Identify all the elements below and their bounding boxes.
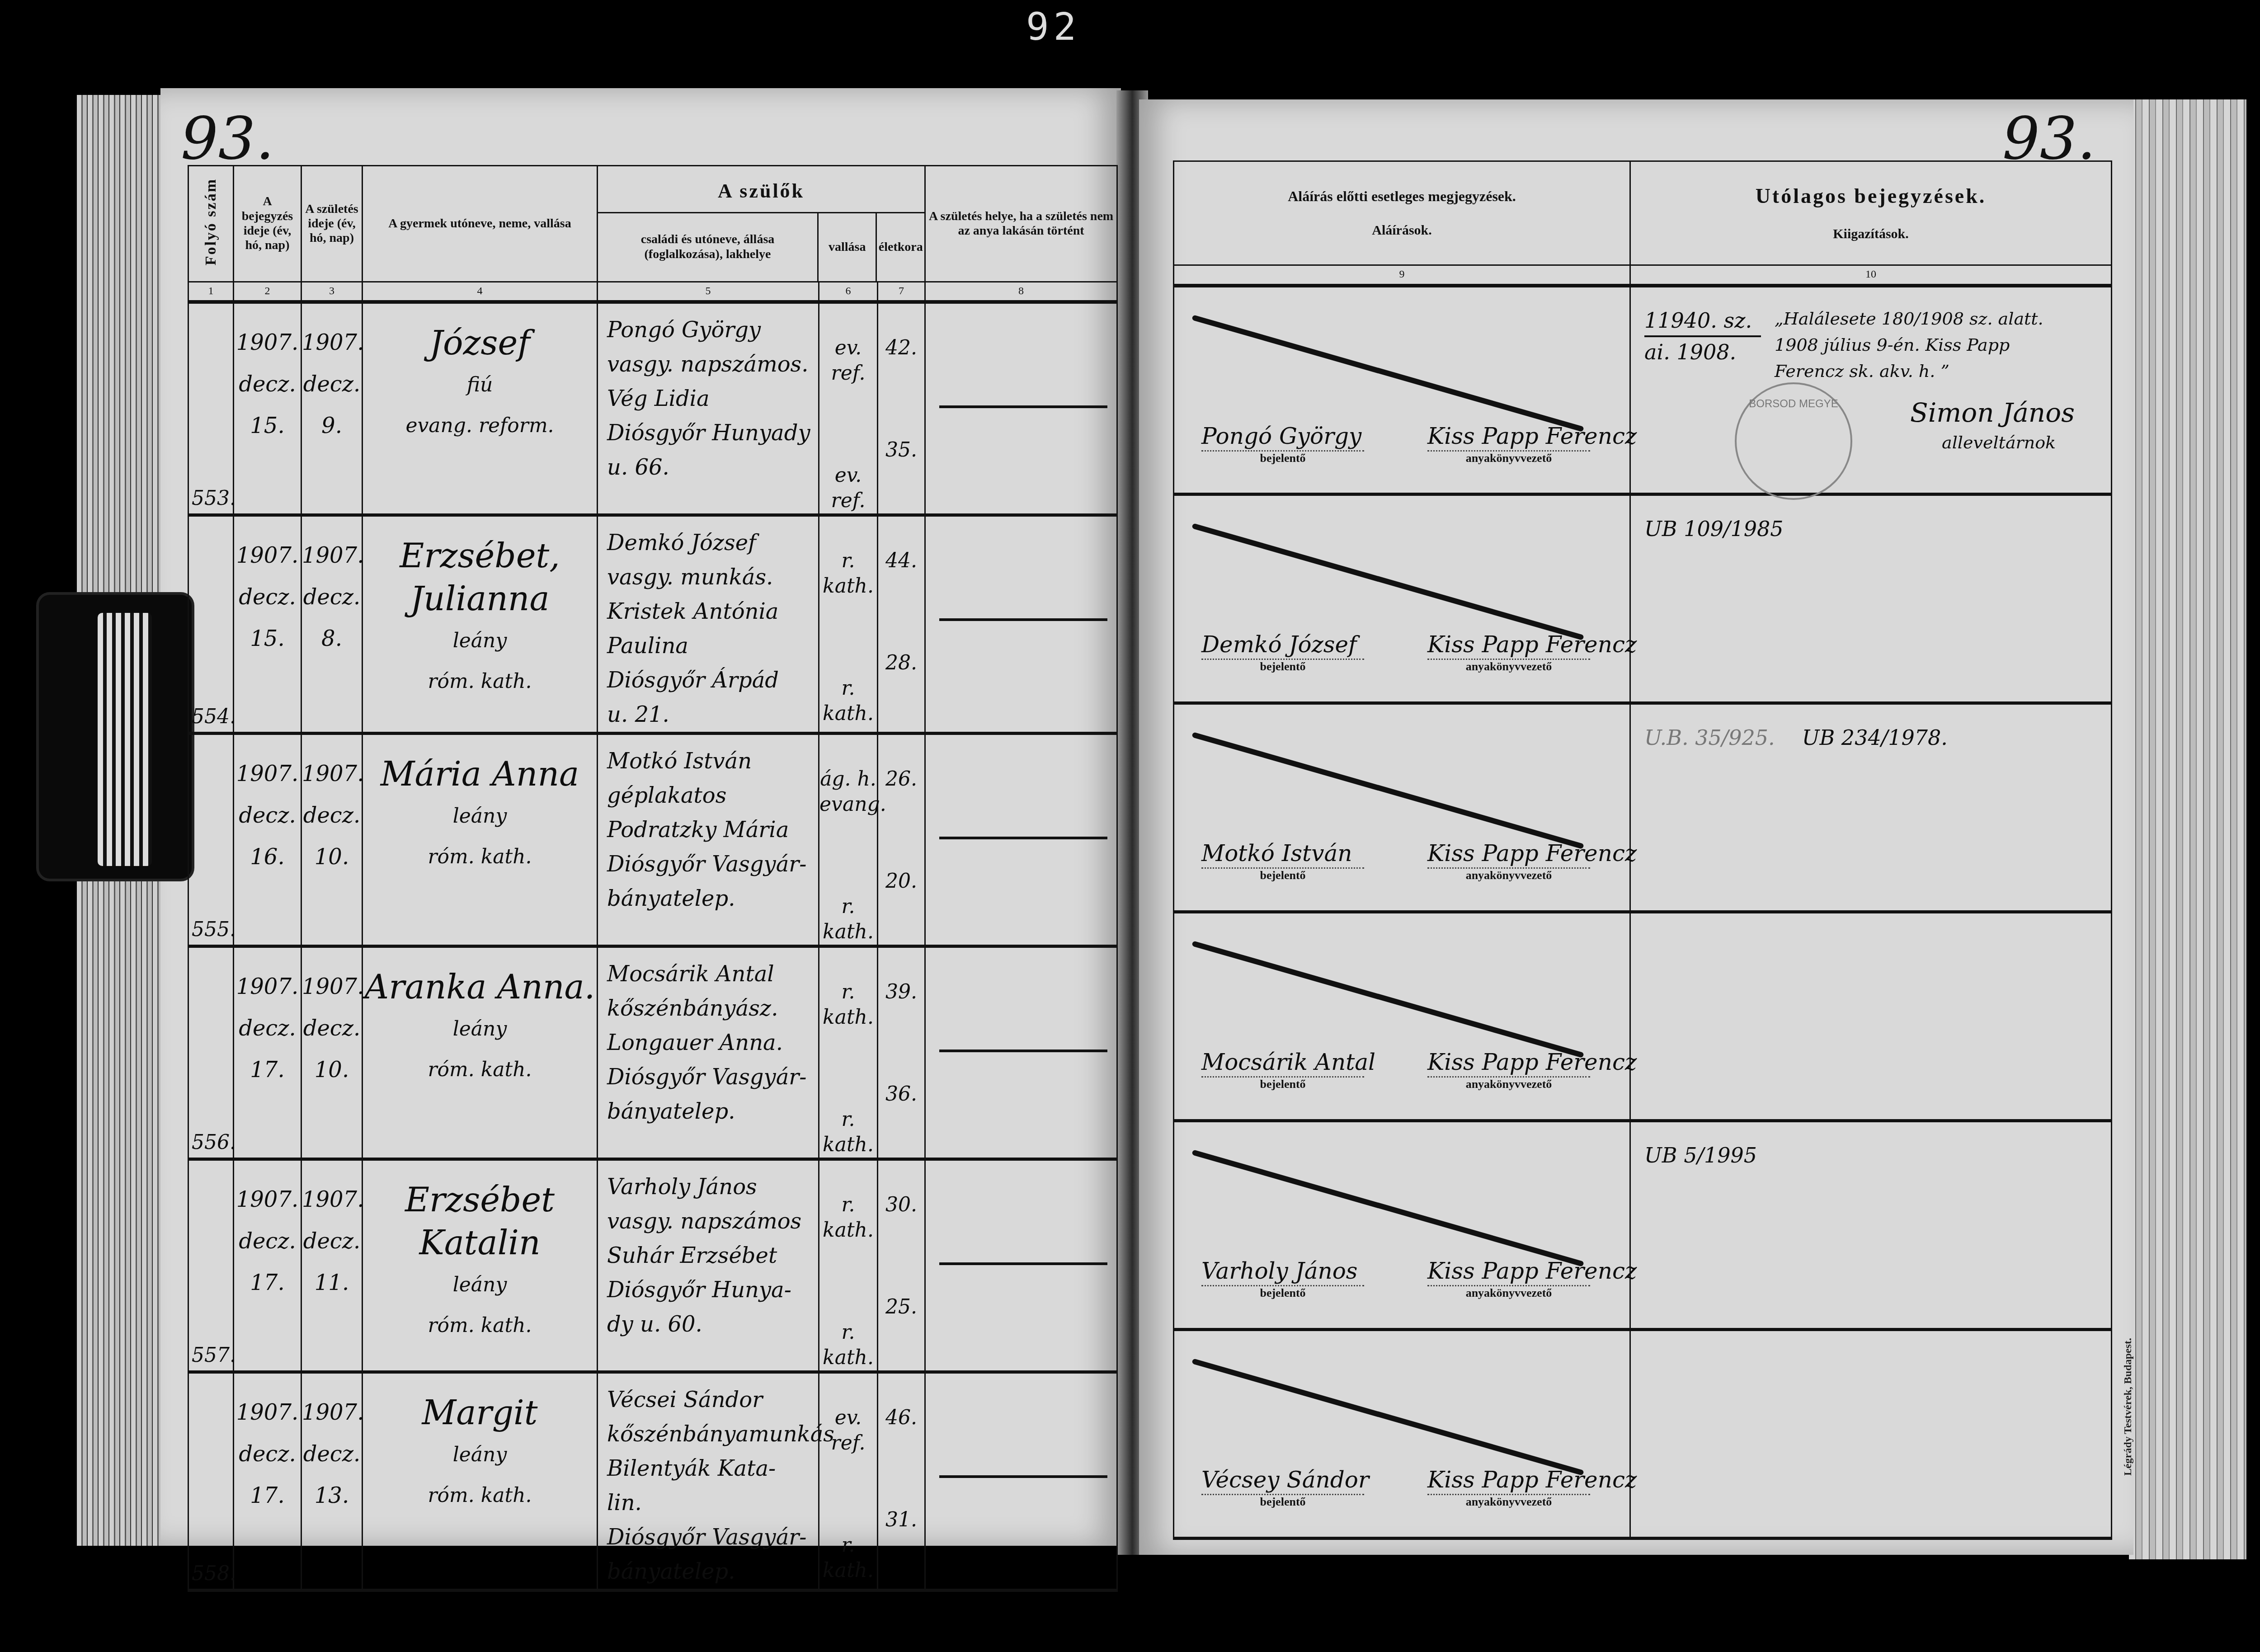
header-signatures: Aláírás előtti esetleges megjegyzések. A…: [1174, 161, 1630, 265]
birth-year: 1907.: [302, 753, 362, 795]
child-religion: evang. reform.: [363, 405, 597, 446]
strike-through-line: [1191, 1149, 1584, 1267]
father-age: 42.: [878, 335, 924, 361]
header-later-entries: Utólagos bejegyzések. Kiigazítások.: [1630, 161, 2112, 265]
informant-signature-block: Pongó György bejelentő: [1201, 423, 1364, 465]
serial-number-cell: 555.: [188, 734, 234, 946]
child-cell: Margit leány róm. kath.: [363, 1372, 598, 1591]
parent-line: vasgy. napszámos: [607, 1204, 814, 1238]
header-parent-name: családi és utóneve, állása (foglalkozása…: [598, 213, 819, 281]
birth-date-cell: 1907. decz. 11.: [301, 1159, 363, 1372]
parent-line: kőszénbányamunkás: [607, 1417, 814, 1451]
signatures-cell: Vécsey Sándor bejelentő Kiss Papp Ferenc…: [1174, 1330, 1630, 1539]
later-entries-cell: [1630, 1330, 2112, 1539]
signatures-cell: Pongó György bejelentő Kiss Papp Ferencz…: [1174, 286, 1630, 494]
mother-religion: r. kath.: [819, 676, 877, 726]
reg-day: 17.: [234, 1475, 301, 1516]
signatures-cell: Motkó István bejelentő Kiss Papp Ferencz…: [1174, 703, 1630, 912]
strike-through-line: [1191, 732, 1584, 849]
informant-signature-block: Motkó István bejelentő: [1201, 840, 1364, 882]
header-parent-religion: vallása: [819, 213, 877, 281]
birth-date-cell: 1907. decz. 10.: [301, 946, 363, 1159]
birth-place-cell: [925, 946, 1117, 1159]
registration-date-cell: 1907. decz. 16.: [234, 734, 301, 946]
parent-line: Demkó József: [607, 526, 814, 560]
parents-cell: Mocsárik Antalkőszénbányász.Longauer Ann…: [598, 946, 819, 1159]
later-entries-cell: U.B. 35/925.UB 234/1978.: [1630, 703, 2112, 912]
registrar-signature-block: Kiss Papp Ferencz anyakönyvvezető: [1427, 840, 1637, 882]
registrar-signature-block: Kiss Papp Ferencz anyakönyvvezető: [1427, 1467, 1637, 1509]
registrar-signature: Kiss Papp Ferencz: [1427, 1258, 1637, 1284]
child-sex: leány: [363, 1265, 597, 1305]
printer-imprint: Légrády Testvérek, Budapest.: [2122, 1338, 2134, 1476]
col-number: 4: [363, 282, 598, 302]
serial-number: 557.: [192, 1344, 236, 1367]
father-age: 39.: [878, 979, 924, 1005]
reg-year: 1907.: [234, 1392, 301, 1433]
parent-line: Vég Lidia: [607, 381, 814, 416]
parent-line: Pongó György: [607, 313, 814, 347]
registrar-signature: Kiss Papp Ferencz: [1427, 1467, 1637, 1493]
registrar-signature: Kiss Papp Ferencz: [1427, 840, 1637, 866]
serial-number: 558.: [192, 1562, 236, 1585]
parents-cell: Motkó IstvángéplakatosPodratzky MáriaDió…: [598, 734, 819, 946]
child-sex: leány: [363, 621, 597, 661]
parent-line: géplakatos: [607, 778, 814, 813]
empty-dash: [939, 618, 1107, 621]
birth-day: 13.: [302, 1475, 362, 1516]
informant-signature: Motkó István: [1201, 840, 1364, 866]
col-number: 5: [598, 282, 819, 302]
serial-number: 556.: [192, 1131, 236, 1154]
birth-month: decz.: [302, 576, 362, 618]
mother-age: 36.: [878, 1082, 924, 1107]
later-entry-note: UB 5/1995: [1644, 1140, 1757, 1170]
birth-place-cell: [925, 1159, 1117, 1372]
parent-line: Diósgyőr Vasgyár-: [607, 1060, 814, 1094]
note-ref-year: ai. 1908.: [1644, 337, 1761, 367]
registrar-signature: Kiss Papp Ferencz: [1427, 631, 1637, 658]
parent-line: Diósgyőr Vasgyár-: [607, 1520, 814, 1554]
col-number: 10: [1630, 265, 2112, 286]
informant-label: bejelentő: [1201, 1286, 1364, 1300]
later-entries-cell: UB 5/1995: [1630, 1121, 2112, 1330]
serial-number-cell: 557.: [188, 1159, 234, 1372]
parent-age-cell: 46. 31.: [878, 1372, 925, 1591]
reg-day: 16.: [234, 836, 301, 878]
register-entry-row: 557. 1907. decz. 17. 1907. decz. 11. Erz…: [188, 1159, 1117, 1372]
informant-signature: Mocsárik Antal: [1201, 1049, 1375, 1075]
birth-month: decz.: [302, 1433, 362, 1475]
child-cell: József fiú evang. reform.: [363, 302, 598, 515]
parent-line: lin.: [607, 1486, 814, 1520]
signatures-cell: Demkó József bejelentő Kiss Papp Ferencz…: [1174, 494, 1630, 703]
birth-place-cell: [925, 302, 1117, 515]
informant-signature-block: Demkó József bejelentő: [1201, 631, 1364, 673]
empty-dash: [939, 1475, 1107, 1478]
parent-religion-cell: r. kath. r. kath.: [819, 1159, 878, 1372]
parent-line: kőszénbányász.: [607, 991, 814, 1026]
parent-line: Vécsei Sándor: [607, 1383, 814, 1417]
child-cell: Erzsébet Katalin leány róm. kath.: [363, 1159, 598, 1372]
parent-age-cell: 39. 36.: [878, 946, 925, 1159]
registrar-label: anyakönyvvezető: [1427, 1078, 1590, 1091]
empty-dash: [939, 405, 1107, 408]
informant-signature-block: Mocsárik Antal bejelentő: [1201, 1049, 1375, 1091]
later-entry-note: UB 109/1985: [1644, 514, 1784, 544]
parent-line: Motkó István: [607, 744, 814, 778]
register-entry-row-right: Demkó József bejelentő Kiss Papp Ferencz…: [1174, 494, 2112, 703]
serial-number: 555.: [192, 918, 236, 941]
parents-cell: Demkó Józsefvasgy. munkás.Kristek Antóni…: [598, 515, 819, 734]
child-name: József: [363, 322, 597, 365]
father-religion: ev. ref.: [819, 335, 877, 386]
parent-line: Paulina: [607, 629, 814, 663]
birth-place-cell: [925, 515, 1117, 734]
registration-date-cell: 1907. decz. 17.: [234, 946, 301, 1159]
registrar-signature-block: Kiss Papp Ferencz anyakönyvvezető: [1427, 631, 1637, 673]
note-line: UB 5/1995: [1644, 1140, 2097, 1170]
father-age: 46.: [878, 1405, 924, 1431]
register-entry-row-right: Mocsárik Antal bejelentő Kiss Papp Feren…: [1174, 912, 2112, 1121]
reg-year: 1907.: [234, 322, 301, 363]
reg-day: 17.: [234, 1262, 301, 1304]
father-age: 30.: [878, 1192, 924, 1218]
later-entries-cell: [1630, 912, 2112, 1121]
birth-year: 1907.: [302, 322, 362, 363]
header-parents-group: A szülők családi és utóneve, állása (fog…: [598, 166, 925, 282]
registrar-label: anyakönyvvezető: [1427, 1495, 1590, 1509]
parent-line: vasgy. napszámos.: [607, 347, 814, 381]
informant-label: bejelentő: [1201, 452, 1364, 465]
registrar-signature-block: Kiss Papp Ferencz anyakönyvvezető: [1427, 1258, 1637, 1300]
reg-month: decz.: [234, 1007, 301, 1049]
birth-register-left-table: Folyó szám A bejegyzés ideje (év, hó, na…: [188, 165, 1118, 1592]
registration-date-cell: 1907. decz. 15.: [234, 515, 301, 734]
strike-through-line: [1191, 523, 1584, 640]
registrar-label: anyakönyvvezető: [1427, 660, 1590, 673]
mother-religion: r. kath.: [819, 1107, 877, 1158]
birth-month: decz.: [302, 795, 362, 836]
register-entry-row-right: Motkó István bejelentő Kiss Papp Ferencz…: [1174, 703, 2112, 912]
serial-number-cell: 556.: [188, 946, 234, 1159]
birth-date-cell: 1907. decz. 8.: [301, 515, 363, 734]
parent-line: Diósgyőr Árpád: [607, 663, 814, 697]
serial-number: 553.: [192, 487, 236, 510]
faint-note: U.B. 35/925.: [1644, 723, 1775, 753]
child-sex: fiú: [363, 365, 597, 405]
parent-line: bányatelep.: [607, 881, 814, 916]
child-cell: Erzsébet, Julianna leány róm. kath.: [363, 515, 598, 734]
child-name: Margit: [363, 1392, 597, 1435]
registrar-signature: Kiss Papp Ferencz: [1427, 1049, 1637, 1075]
reg-day: 17.: [234, 1049, 301, 1091]
parent-age-cell: 42. 35.: [878, 302, 925, 515]
mother-age: 20.: [878, 869, 924, 894]
strike-through-line: [1191, 315, 1584, 432]
birth-year: 1907.: [302, 1179, 362, 1220]
signatures-cell: Varholy János bejelentő Kiss Papp Ferenc…: [1174, 1121, 1630, 1330]
birth-day: 10.: [302, 836, 362, 878]
header-birth-place: A születés helye, ha a születés nem az a…: [925, 166, 1117, 282]
reg-month: decz.: [234, 795, 301, 836]
header-registration-date: A bejegyzés ideje (év, hó, nap): [234, 166, 301, 282]
parent-line: Diósgyőr Vasgyár-: [607, 847, 814, 881]
strike-through-line: [1191, 941, 1584, 1058]
birth-day: 11.: [302, 1262, 362, 1304]
birth-place-cell: [925, 734, 1117, 946]
empty-dash: [939, 837, 1107, 839]
parent-line: Suhár Erzsébet: [607, 1238, 814, 1273]
father-age: 44.: [878, 548, 924, 574]
reg-month: decz.: [234, 1220, 301, 1262]
informant-signature: Varholy János: [1201, 1258, 1364, 1284]
mother-religion: r. kath.: [819, 894, 877, 945]
death-note-block: 11940. sz.ai. 1908.„Halálesete 180/1908 …: [1644, 306, 2097, 457]
serial-number: 554.: [192, 705, 236, 728]
note-line: U.B. 35/925.UB 234/1978.: [1644, 723, 2097, 753]
parent-age-cell: 30. 25.: [878, 1159, 925, 1372]
informant-label: bejelentő: [1201, 1495, 1364, 1509]
archivist-title: alleveltárnok: [1942, 428, 2082, 457]
child-name: Mária Anna: [363, 753, 597, 796]
birth-month: decz.: [302, 363, 362, 405]
birth-month: decz.: [302, 1007, 362, 1049]
empty-dash: [939, 1262, 1107, 1265]
col-number: 7: [878, 282, 925, 302]
note-ref-number: 11940. sz.: [1644, 306, 1761, 337]
reg-month: decz.: [234, 1433, 301, 1475]
parent-line: Podratzky Mária: [607, 813, 814, 847]
informant-label: bejelentő: [1201, 869, 1364, 882]
reg-month: decz.: [234, 576, 301, 618]
col-number: 9: [1174, 265, 1630, 286]
mother-age: 25.: [878, 1294, 924, 1320]
clip-strip: [98, 613, 152, 866]
parents-cell: Vécsei SándorkőszénbányamunkásBilentyák …: [598, 1372, 819, 1591]
register-entry-row-right: Vécsey Sándor bejelentő Kiss Papp Ferenc…: [1174, 1330, 2112, 1539]
microfilm-frame-counter: 92: [1026, 5, 1116, 50]
child-religion: róm. kath.: [363, 1050, 597, 1090]
parent-religion-cell: ev. ref. ev. ref.: [819, 302, 878, 515]
mother-religion: ev. ref.: [819, 463, 877, 513]
col-number: 3: [301, 282, 363, 302]
parent-line: Bilentyák Kata-: [607, 1451, 814, 1486]
father-religion: r. kath.: [819, 1192, 877, 1243]
official-seal-stamp: BORSOD MEGYE: [1735, 382, 1852, 500]
serial-number-cell: 553.: [188, 302, 234, 515]
father-religion: r. kath.: [819, 979, 877, 1030]
parent-religion-cell: r. kath. r. kath.: [819, 515, 878, 734]
register-entry-row: 558. 1907. decz. 17. 1907. decz. 13. Mar…: [188, 1372, 1117, 1591]
parent-line: Kristek Antónia: [607, 594, 814, 629]
child-religion: róm. kath.: [363, 1475, 597, 1516]
registrar-signature: Kiss Papp Ferencz: [1427, 423, 1637, 449]
informant-signature: Pongó György: [1201, 423, 1364, 449]
reg-year: 1907.: [234, 753, 301, 795]
registrar-signature-block: Kiss Papp Ferencz anyakönyvvezető: [1427, 423, 1637, 465]
later-entries-cell: UB 109/1985: [1630, 494, 2112, 703]
serial-number-cell: 554.: [188, 515, 234, 734]
register-entry-row: 554. 1907. decz. 15. 1907. decz. 8. Erzs…: [188, 515, 1117, 734]
birth-date-cell: 1907. decz. 13.: [301, 1372, 363, 1591]
parent-line: Diósgyőr Hunyady: [607, 416, 814, 450]
reg-year: 1907.: [234, 535, 301, 576]
registrar-signature-block: Kiss Papp Ferencz anyakönyvvezető: [1427, 1049, 1637, 1091]
birth-day: 10.: [302, 1049, 362, 1091]
registration-date-cell: 1907. decz. 17.: [234, 1159, 301, 1372]
register-entry-row-right: Pongó György bejelentő Kiss Papp Ferencz…: [1174, 286, 2112, 494]
parent-religion-cell: r. kath. r. kath.: [819, 946, 878, 1159]
registrar-label: anyakönyvvezető: [1427, 452, 1590, 465]
register-entry-row: 556. 1907. decz. 17. 1907. decz. 10. Ara…: [188, 946, 1117, 1159]
header-child: A gyermek utóneve, neme, vallása: [363, 166, 598, 282]
parent-line: Longauer Anna.: [607, 1026, 814, 1060]
birth-month: decz.: [302, 1220, 362, 1262]
informant-label: bejelentő: [1201, 1078, 1364, 1091]
child-religion: róm. kath.: [363, 1305, 597, 1346]
registration-date-cell: 1907. decz. 15.: [234, 302, 301, 515]
birth-place-cell: [925, 1372, 1117, 1591]
child-religion: róm. kath.: [363, 661, 597, 702]
note-text: „Halálesete 180/1908 sz. alatt. 1908 júl…: [1775, 306, 2082, 384]
parent-line: dy u. 60.: [607, 1307, 814, 1341]
register-entry-row: 555. 1907. decz. 16. 1907. decz. 10. Már…: [188, 734, 1117, 946]
parents-cell: Pongó Györgyvasgy. napszámos.Vég LidiaDi…: [598, 302, 819, 515]
later-entry-note: UB 234/1978.: [1802, 723, 1948, 753]
later-entries-cell: 11940. sz.ai. 1908.„Halálesete 180/1908 …: [1630, 286, 2112, 494]
parent-religion-cell: ág. h. evang. r. kath.: [819, 734, 878, 946]
mother-religion: r. kath.: [819, 1320, 877, 1370]
col-number: 8: [925, 282, 1117, 302]
parent-line: Varholy János: [607, 1170, 814, 1204]
parent-line: bányatelep.: [607, 1554, 814, 1589]
father-religion: ág. h. evang.: [819, 767, 877, 817]
father-religion: r. kath.: [819, 548, 877, 599]
child-name: Erzsébet, Julianna: [363, 535, 597, 621]
page-number-left: 93.: [181, 104, 274, 173]
father-age: 26.: [878, 767, 924, 792]
birth-register-right-table: Aláírás előtti esetleges megjegyzések. A…: [1173, 160, 2112, 1540]
col-number: 1: [188, 282, 234, 302]
parent-line: Diósgyőr Hunya-: [607, 1273, 814, 1307]
child-sex: leány: [363, 1435, 597, 1475]
informant-signature: Demkó József: [1201, 631, 1364, 658]
reg-year: 1907.: [234, 966, 301, 1007]
mother-age: 28.: [878, 650, 924, 676]
header-birth-date: A születés ideje (év, hó, nap): [301, 166, 363, 282]
col-number: 6: [819, 282, 878, 302]
mother-religion: r. kath.: [819, 1533, 877, 1583]
header-serial-number: Folyó szám: [188, 166, 234, 282]
parent-line: Mocsárik Antal: [607, 957, 814, 991]
informant-signature-block: Varholy János bejelentő: [1201, 1258, 1364, 1300]
reg-day: 15.: [234, 618, 301, 659]
register-entry-row-right: Varholy János bejelentő Kiss Papp Ferenc…: [1174, 1121, 2112, 1330]
child-name: Erzsébet Katalin: [363, 1179, 597, 1265]
col-number: 2: [234, 282, 301, 302]
header-parent-age: életkora: [877, 213, 924, 281]
birth-year: 1907.: [302, 535, 362, 576]
serial-number-cell: 558.: [188, 1372, 234, 1591]
strike-through-line: [1191, 1358, 1584, 1476]
parents-cell: Varholy Jánosvasgy. napszámosSuhár Erzsé…: [598, 1159, 819, 1372]
registrar-label: anyakönyvvezető: [1427, 869, 1590, 882]
birth-date-cell: 1907. decz. 9.: [301, 302, 363, 515]
child-religion: róm. kath.: [363, 837, 597, 877]
parent-line: vasgy. munkás.: [607, 560, 814, 594]
informant-signature: Vécsey Sándor: [1201, 1467, 1369, 1493]
registration-date-cell: 1907. decz. 17.: [234, 1372, 301, 1591]
parent-age-cell: 44. 28.: [878, 515, 925, 734]
informant-signature-block: Vécsey Sándor bejelentő: [1201, 1467, 1369, 1509]
mother-age: 31.: [878, 1507, 924, 1533]
child-sex: leány: [363, 796, 597, 837]
parent-line: bányatelep.: [607, 1094, 814, 1129]
note-line: UB 109/1985: [1644, 514, 2097, 544]
parent-age-cell: 26. 20.: [878, 734, 925, 946]
birth-day: 8.: [302, 618, 362, 659]
reg-day: 15.: [234, 405, 301, 447]
birth-date-cell: 1907. decz. 10.: [301, 734, 363, 946]
binder-clip: [36, 592, 194, 881]
mother-age: 35.: [878, 438, 924, 463]
child-cell: Aranka Anna. leány róm. kath.: [363, 946, 598, 1159]
child-sex: leány: [363, 1009, 597, 1050]
birth-day: 9.: [302, 405, 362, 447]
parent-line: u. 21.: [607, 697, 814, 732]
registrar-label: anyakönyvvezető: [1427, 1286, 1590, 1300]
parent-line: u. 66.: [607, 450, 814, 485]
parent-religion-cell: ev. ref. r. kath.: [819, 1372, 878, 1591]
page-edges-right: [2129, 99, 2246, 1559]
birth-year: 1907.: [302, 1392, 362, 1433]
empty-dash: [939, 1050, 1107, 1052]
birth-year: 1907.: [302, 966, 362, 1007]
signatures-cell: Mocsárik Antal bejelentő Kiss Papp Feren…: [1174, 912, 1630, 1121]
reg-year: 1907.: [234, 1179, 301, 1220]
register-entry-row: 553. 1907. decz. 15. 1907. decz. 9. Józs…: [188, 302, 1117, 515]
archivist-signature: Simon János: [1910, 398, 2082, 428]
reg-month: decz.: [234, 363, 301, 405]
informant-label: bejelentő: [1201, 660, 1364, 673]
child-name: Aranka Anna.: [363, 966, 597, 1009]
child-cell: Mária Anna leány róm. kath.: [363, 734, 598, 946]
